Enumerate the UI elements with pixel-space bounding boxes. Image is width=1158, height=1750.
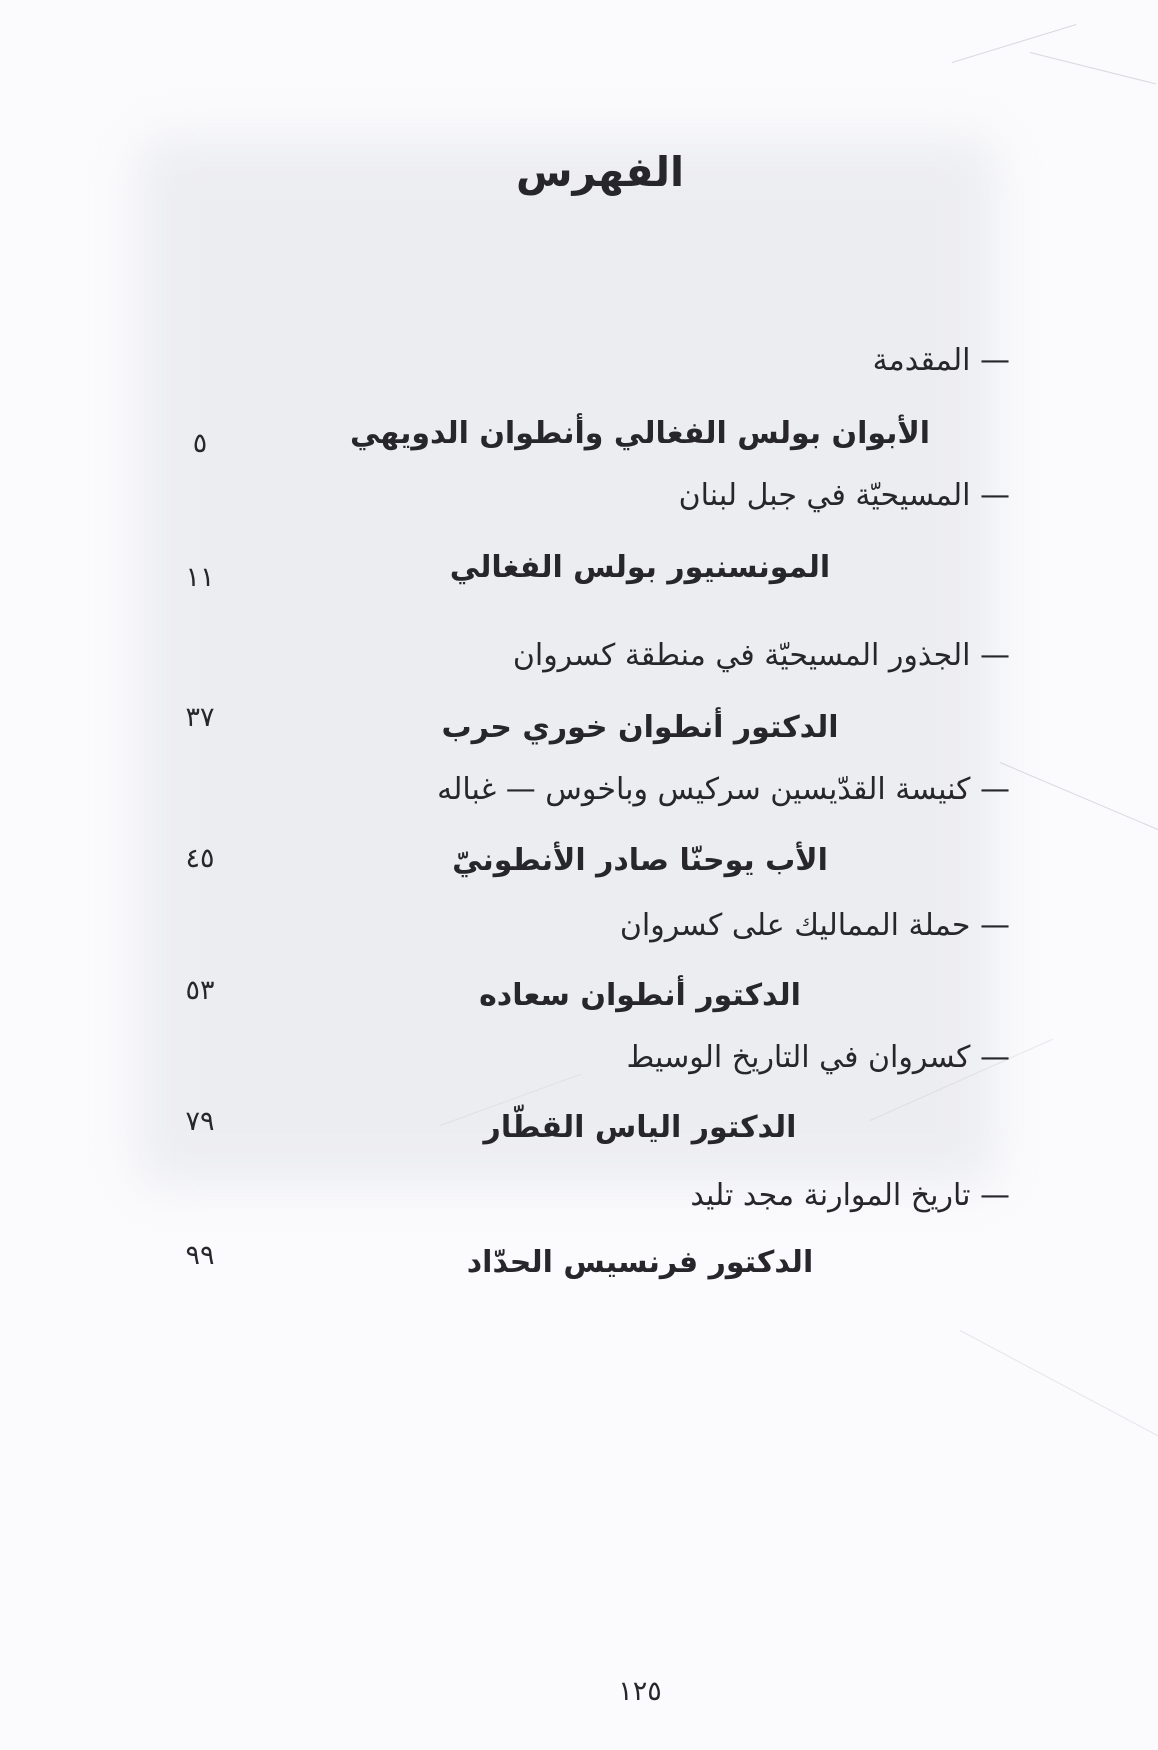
- toc-entry-title: — المسيحيّة في جبل لبنان: [679, 478, 1010, 513]
- toc-entry-title: — كنيسة القدّيسين سركيس وباخوس — غباله: [437, 772, 1010, 807]
- paper-crease: [960, 1330, 1158, 1439]
- toc-entry-author: الأبوان بولس الفغالي وأنطوان الدويهي: [170, 416, 1110, 451]
- toc-entry-title: — الجذور المسيحيّة في منطقة كسروان: [513, 638, 1010, 673]
- toc-entry-title: — تاريخ الموارنة مجد تليد: [690, 1178, 1010, 1213]
- toc-entry-author: الدكتور أنطوان خوري حرب: [170, 710, 1110, 745]
- paper-crease: [1000, 762, 1158, 837]
- folio-page-number: ١٢٥: [560, 1676, 720, 1707]
- toc-entry-author: المونسنيور بولس الفغالي: [170, 550, 1110, 585]
- toc-entry-page-number: ٣٧: [152, 702, 248, 733]
- toc-entry-author: الدكتور أنطوان سعاده: [170, 978, 1110, 1013]
- toc-entry-page-number: ٥٣: [152, 975, 248, 1006]
- scanned-book-page: { "page": { "heading": "الفهرس", "footer…: [0, 0, 1158, 1750]
- toc-entry-page-number: ٤٥: [152, 843, 248, 874]
- toc-entry-page-number: ١١: [152, 562, 248, 593]
- toc-entry-page-number: ٥: [152, 428, 248, 459]
- page-title: الفهرس: [20, 148, 1158, 196]
- toc-entry-title: — حملة المماليك على كسروان: [620, 908, 1010, 943]
- paper-crease: [1030, 52, 1156, 84]
- paper-crease: [952, 24, 1077, 63]
- toc-entry-author: الدكتور الياس القطّار: [170, 1110, 1110, 1145]
- toc-entry-title: — المقدمة: [873, 343, 1010, 378]
- toc-entry-title: — كسروان في التاريخ الوسيط: [627, 1040, 1010, 1075]
- toc-entry-author: الدكتور فرنسيس الحدّاد: [170, 1245, 1110, 1280]
- toc-entry-page-number: ٩٩: [152, 1240, 248, 1271]
- toc-entry-author: الأب يوحنّا صادر الأنطونيّ: [170, 843, 1110, 878]
- toc-entry-page-number: ٧٩: [152, 1106, 248, 1137]
